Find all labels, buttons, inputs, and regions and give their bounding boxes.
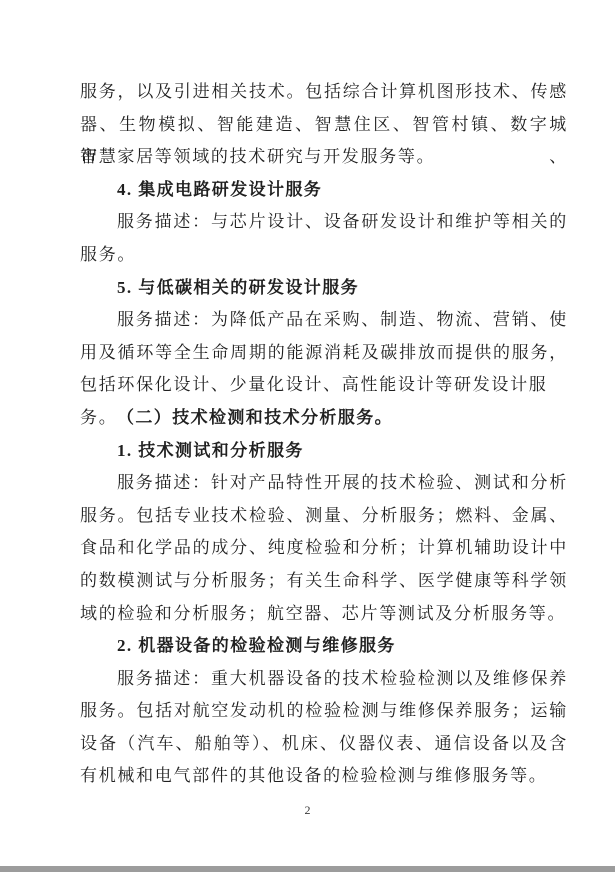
body-text-line: 服务，以及引进相关技术。包括综合计算机图形技术、传感 [80,76,568,109]
body-text-line: 包括环保化设计、少量化设计、高性能设计等研发设计服务。 [80,369,568,402]
heading-line: （二）技术检测和技术分析服务。 [80,402,568,435]
body-text-line: 服务描述：为降低产品在采购、制造、物流、营销、使 [80,304,568,337]
document-body: 服务，以及引进相关技术。包括综合计算机图形技术、传感器、生物模拟、智能建造、智慧… [80,76,568,793]
body-text-line: 服务。包括对航空发动机的检验检测与维修保养服务；运输 [80,695,568,728]
document-page: 服务，以及引进相关技术。包括综合计算机图形技术、传感器、生物模拟、智能建造、智慧… [0,0,615,874]
heading-line: 1. 技术测试和分析服务 [80,435,568,468]
body-text-line: 有机械和电气部件的其他设备的检验检测与维修服务等。 [80,760,568,793]
body-text-line: 设备（汽车、船舶等）、机床、仪器仪表、通信设备以及含 [80,728,568,761]
heading-line: 4. 集成电路研发设计服务 [80,174,568,207]
heading-line: 2. 机器设备的检验检测与维修服务 [80,630,568,663]
body-text-line: 服务描述：与芯片设计、设备研发设计和维护等相关的 [80,206,568,239]
heading-line: 5. 与低碳相关的研发设计服务 [80,272,568,305]
page-bottom-edge [0,866,615,872]
body-text-line: 服务。包括专业技术检验、测量、分析服务；燃料、金属、 [80,500,568,533]
body-text-line: 域的检验和分析服务；航空器、芯片等测试及分析服务等。 [80,598,568,631]
body-text-line: 服务。 [80,239,568,272]
body-text-line: 用及循环等全生命周期的能源消耗及碳排放而提供的服务， [80,337,568,370]
body-text-line: 的数模测试与分析服务；有关生命科学、医学健康等科学领 [80,565,568,598]
body-text-line: 服务描述：针对产品特性开展的技术检验、测试和分析 [80,467,568,500]
body-text-line: 食品和化学品的成分、纯度检验和分析；计算机辅助设计中 [80,532,568,565]
page-number: 2 [0,803,615,818]
body-text-line: 器、生物模拟、智能建造、智慧住区、智管村镇、数字城市、 [80,109,568,142]
body-text-line: 服务描述：重大机器设备的技术检验检测以及维修保养 [80,663,568,696]
